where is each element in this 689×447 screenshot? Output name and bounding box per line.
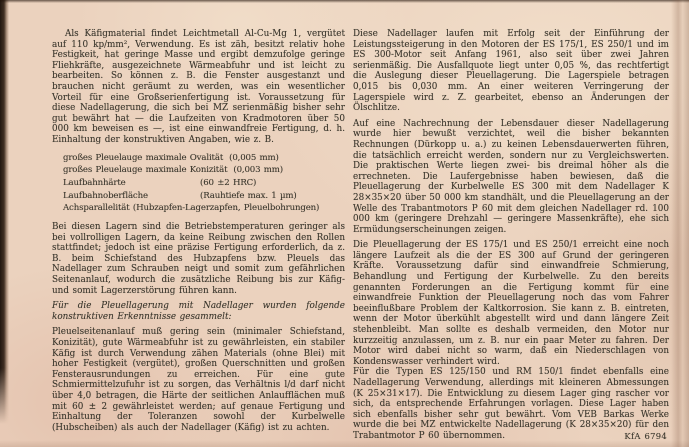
paragraph-kaefigmaterial: Als Käfigmaterial findet Leichtmetall Al… [52, 29, 345, 146]
spec-value: (Rauhtiefe max. 1 µm) [200, 190, 297, 203]
paragraph-typen: Für die Typen ES 125/150 und RM 150/1 fi… [353, 367, 669, 441]
spec-row: Laufbahnoberfläche (Rauhtiefe max. 1 µm) [63, 190, 345, 203]
paragraph-typen-wrap: Für die Typen ES 125/150 und RM 150/1 fi… [353, 367, 669, 441]
paragraph-erkenntnisse: Für die Pleuellagerung mit Nadellager wu… [52, 301, 345, 322]
paragraph-pleuelseitenanlauf: Pleuelseitenanlauf muß gering sein (mini… [52, 327, 345, 433]
spec-label: großes Pleuelauge maximale Ovalität [63, 152, 229, 165]
paragraph-nadellager-erfolg: Diese Nadellager laufen mit Erfolg seit … [353, 29, 669, 114]
spec-row: großes Pleuelauge maximale Ovalität (0,0… [63, 152, 345, 165]
spec-label: großes Pleuelauge maximale Konizität [63, 164, 233, 177]
book-page: Als Käfigmaterial findet Leichtmetall Al… [0, 0, 689, 447]
spec-label: Achsparallelität (Hubzapfen-Lagerzapfen,… [63, 202, 325, 215]
paragraph-nachrechnung: Auf eine Nachrechnung der Lebensdauer di… [353, 119, 669, 236]
spec-value: (60 ±2 HRC) [200, 177, 256, 190]
page-edge-left-shadow [0, 0, 9, 428]
spec-label: Laufbahnoberfläche [63, 190, 200, 203]
spec-row: Achsparallelität (Hubzapfen-Lagerzapfen,… [63, 202, 345, 215]
paragraph-betriebstemperaturen: Bei diesen Lagern sind die Betriebstempe… [52, 222, 345, 296]
page-edge-right-shadow [671, 0, 689, 447]
spec-list: großes Pleuelauge maximale Ovalität (0,0… [63, 152, 345, 216]
page-edge-top-shadow [0, 0, 689, 3]
spec-row: Laufbahnhärte (60 ±2 HRC) [63, 177, 345, 190]
right-column: Diese Nadellager laufen mit Erfolg seit … [353, 29, 669, 442]
page-edge-bottom-shadow [0, 440, 689, 447]
left-column: Als Käfigmaterial findet Leichtmetall Al… [52, 29, 345, 433]
spec-row: großes Pleuelauge maximale Konizität (0,… [63, 164, 345, 177]
spec-label: Laufbahnhärte [63, 177, 200, 190]
spec-value: (0,003 mm) [233, 164, 283, 177]
paragraph-laufzeit-kaltkorrosion: Die Pleuellagerung der ES 175/1 und ES 2… [353, 240, 669, 367]
spec-value: (0,005 mm) [229, 152, 279, 165]
